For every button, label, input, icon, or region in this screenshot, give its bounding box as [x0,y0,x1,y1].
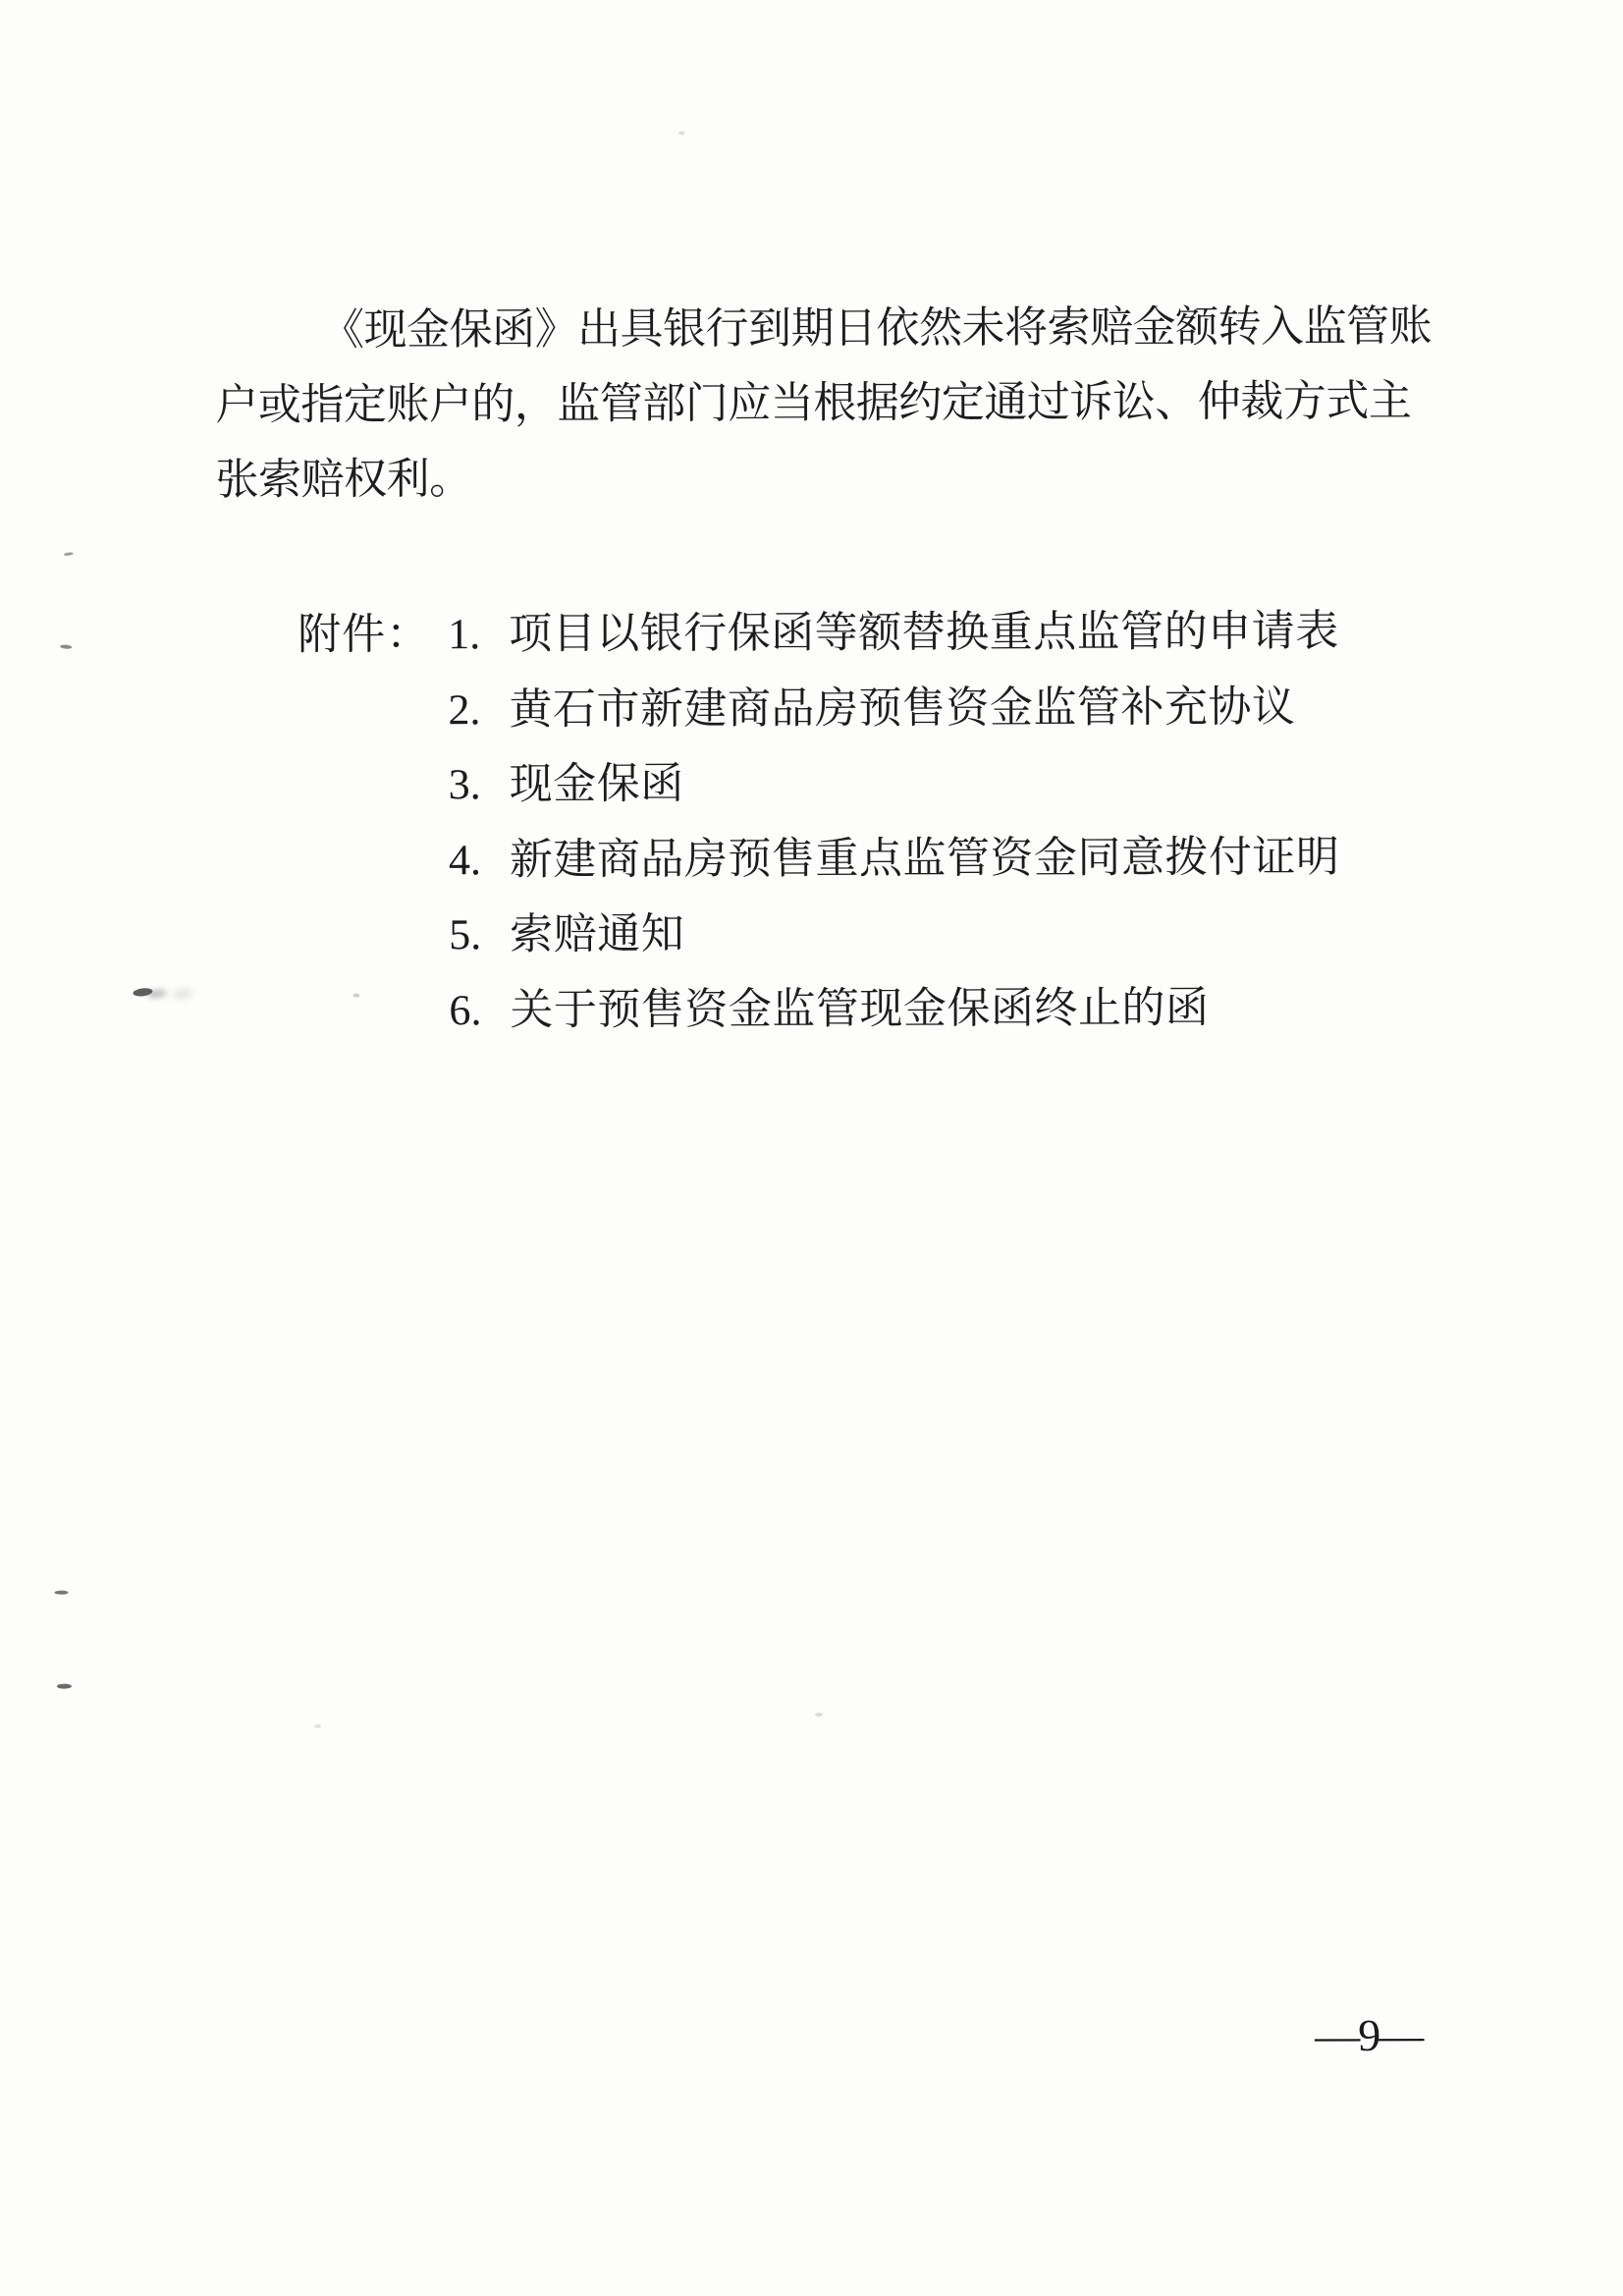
scan-speck [815,1713,823,1717]
attachment-number: 2. [448,673,509,748]
attachment-number: 5. [449,898,510,973]
attachment-item: 6. 关于预售资金监管现金保函终止的函 [298,970,1340,1049]
scan-speck [57,1684,72,1689]
attachment-title: 项目以银行保函等额替换重点监管的申请表 [509,594,1339,672]
paragraph-line: 户或指定账户的，监管部门应当根据约定通过诉讼、仲裁方式主 [215,364,1428,443]
paragraph-line: 张索赔权利。 [215,439,1428,518]
scan-speck [352,994,359,998]
attachment-title: 现金保函 [510,746,684,822]
attachments-label-spacer [299,1024,450,1025]
attachments-label-spacer [298,874,449,875]
attachments-label-spacer [298,949,449,950]
scan-speck [60,644,72,649]
scan-speck [55,1591,69,1595]
scan-speck [64,552,74,556]
attachment-number: 1. [448,597,509,673]
scan-speck [133,987,153,997]
body-paragraph: 《现金保函》出具银行到期日依然未将索赔金额转入监管账 户或指定账户的，监管部门应… [215,290,1429,518]
attachments-label-spacer [298,724,448,725]
attachment-number: 4. [449,823,510,899]
attachment-title: 索赔通知 [510,897,684,972]
attachment-item: 5. 索赔通知 [298,895,1340,973]
attachment-title: 新建商品房预售重点监管资金同意拨付证明 [510,820,1340,898]
page-number: —9— [1315,1998,1422,2073]
attachments-label-spacer [298,798,449,799]
attachment-item: 附件： 1. 项目以银行保函等额替换重点监管的申请表 [298,594,1339,673]
scan-speck [678,131,684,135]
attachments-label: 附件： [298,597,448,673]
paragraph-line: 《现金保函》出具银行到期日依然未将索赔金额转入监管账 [215,290,1428,368]
attachment-number: 3. [449,747,510,823]
scanned-content: 《现金保函》出具银行到期日依然未将索赔金额转入监管账 户或指定账户的，监管部门应… [0,0,1623,2296]
attachments-section: 附件： 1. 项目以银行保函等额替换重点监管的申请表 2. 黄石市新建商品房预售… [298,594,1340,1049]
scan-speck [314,1724,321,1728]
attachment-title: 关于预售资金监管现金保函终止的函 [510,970,1209,1048]
attachment-item: 4. 新建商品房预售重点监管资金同意拨付证明 [298,820,1340,899]
document-page: 《现金保函》出具银行到期日依然未将索赔金额转入监管账 户或指定账户的，监管部门应… [0,0,1623,2296]
attachment-item: 3. 现金保函 [298,744,1340,823]
attachment-title: 黄石市新建商品房预售资金监管补充协议 [509,670,1295,747]
attachment-item: 2. 黄石市新建商品房预售资金监管补充协议 [298,670,1339,748]
attachment-number: 6. [449,973,510,1049]
